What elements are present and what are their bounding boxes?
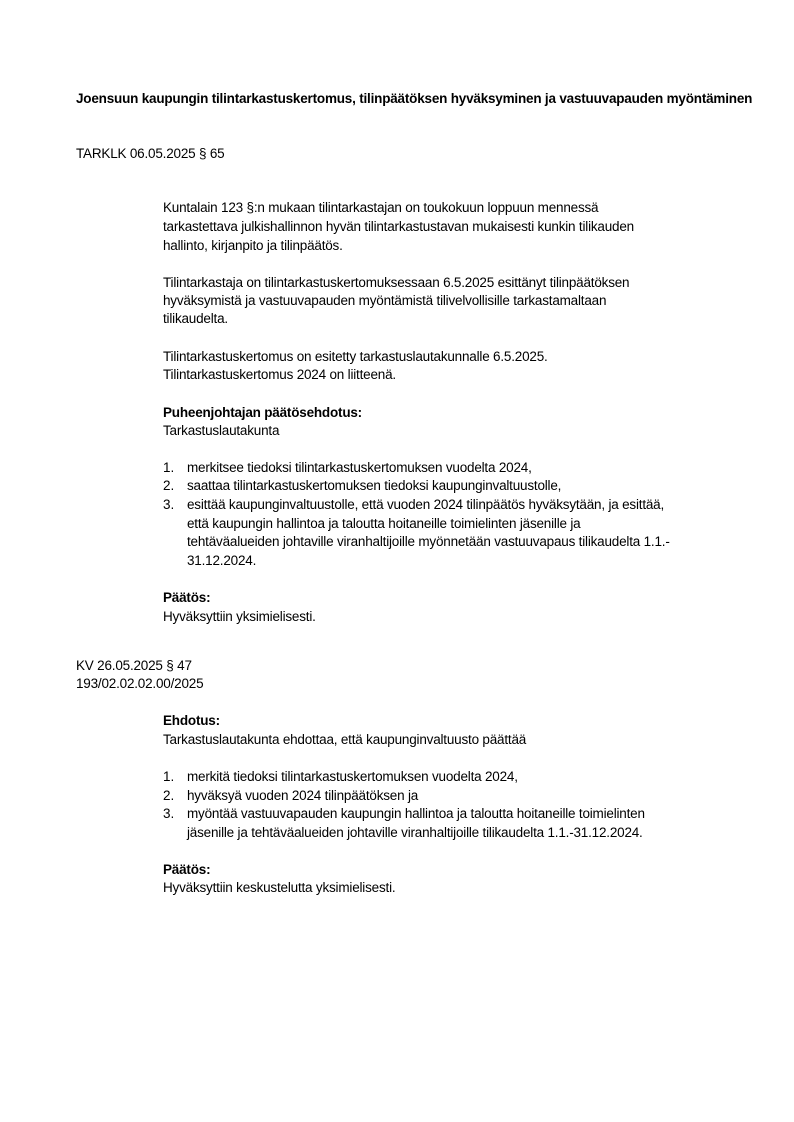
- list-item: esittää kaupunginvaltuustolle, että vuod…: [187, 496, 664, 514]
- list-item-number: 1.: [163, 768, 174, 786]
- proposal-intro: Tarkastuslautakunta ehdottaa, että kaupu…: [163, 731, 526, 749]
- paragraph-line: Tilintarkastaja on tilintarkastuskertomu…: [163, 274, 629, 292]
- list-item: myöntää vastuuvapauden kaupungin hallint…: [187, 805, 645, 823]
- paragraph-line: tarkastettava julkishallinnon hyvän tili…: [163, 218, 634, 236]
- meeting-reference-kv: KV 26.05.2025 § 47: [76, 657, 192, 675]
- proposal-intro: Tarkastuslautakunta: [163, 422, 279, 440]
- list-item: merkitä tiedoksi tilintarkastuskertomuks…: [187, 768, 518, 786]
- decision-text: Hyväksyttiin keskustelutta yksimielisest…: [163, 879, 395, 897]
- list-item-number: 2.: [163, 787, 174, 805]
- decision-text: Hyväksyttiin yksimielisesti.: [163, 608, 316, 626]
- list-item-number: 1.: [163, 459, 174, 477]
- proposal-heading: Puheenjohtajan päätösehdotus:: [163, 404, 362, 422]
- proposal-heading: Ehdotus:: [163, 712, 220, 730]
- list-item: hyväksyä vuoden 2024 tilinpäätöksen ja: [187, 787, 418, 805]
- list-item-continuation: 31.12.2024.: [187, 552, 256, 570]
- decision-heading: Päätös:: [163, 589, 210, 607]
- decision-heading: Päätös:: [163, 861, 210, 879]
- meeting-reference-tarklk: TARKLK 06.05.2025 § 65: [76, 145, 224, 163]
- list-item-number: 2.: [163, 477, 174, 495]
- paragraph-line: Tilintarkastuskertomus 2024 on liitteenä…: [163, 366, 396, 384]
- list-item-number: 3.: [163, 805, 174, 823]
- list-item: saattaa tilintarkastuskertomuksen tiedok…: [187, 477, 561, 495]
- record-id: 193/02.02.02.00/2025: [76, 675, 203, 693]
- document-page: Joensuun kaupungin tilintarkastuskertomu…: [0, 0, 794, 1122]
- list-item: merkitsee tiedoksi tilintarkastuskertomu…: [187, 459, 532, 477]
- paragraph-line: hyväksymistä ja vastuuvapauden myöntämis…: [163, 292, 606, 310]
- list-item-continuation: tehtäväalueiden johtaville viranhaltijoi…: [187, 533, 670, 551]
- paragraph-line: Tilintarkastuskertomus on esitetty tarka…: [163, 348, 548, 366]
- list-item-continuation: jäsenille ja tehtäväalueiden johtaville …: [187, 824, 643, 842]
- list-item-number: 3.: [163, 496, 174, 514]
- paragraph-line: Kuntalain 123 §:n mukaan tilintarkastaja…: [163, 199, 598, 217]
- paragraph-line: tilikaudelta.: [163, 310, 228, 328]
- document-title: Joensuun kaupungin tilintarkastuskertomu…: [76, 89, 756, 108]
- paragraph-line: hallinto, kirjanpito ja tilinpäätös.: [163, 237, 343, 255]
- list-item-continuation: että kaupungin hallintoa ja taloutta hoi…: [187, 515, 580, 533]
